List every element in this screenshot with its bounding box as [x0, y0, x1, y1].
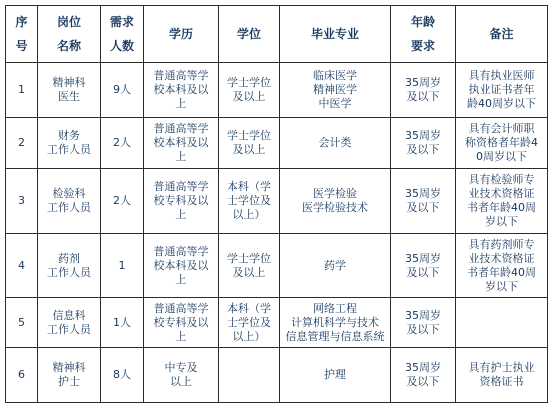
cell-position: 信息科 工作人员 [38, 298, 101, 348]
table-row: 3 检验科 工作人员 2人 普通高等学 校专科及以 上 本科（学 士学位及 以上… [6, 169, 548, 234]
cell-education: 普通高等学 校专科及以 上 [144, 298, 219, 348]
col-header-major: 毕业专业 [280, 6, 391, 63]
recruitment-table-container: 序 号 岗位 名称 需求 人数 学历 学位 毕业专业 年龄 要求 备注 1 精神… [0, 0, 552, 407]
cell-degree: 本科（学 士学位及 以上） [219, 298, 280, 348]
col-header-note: 备注 [456, 6, 548, 63]
cell-count: 9人 [101, 63, 144, 118]
table-row: 5 信息科 工作人员 1人 普通高等学 校专科及以 上 本科（学 士学位及 以上… [6, 298, 548, 348]
cell-age: 35周岁 及以下 [391, 234, 456, 298]
table-row: 2 财务 工作人员 2人 普通高等学 校本科及以 上 学士学位 及以上 会计类 … [6, 118, 548, 169]
cell-age: 35周岁 及以下 [391, 63, 456, 118]
cell-education: 中专及 以上 [144, 348, 219, 403]
col-header-count: 需求 人数 [101, 6, 144, 63]
cell-no: 2 [6, 118, 38, 169]
cell-major: 医学检验 医学检验技术 [280, 169, 391, 234]
cell-position: 精神科 医生 [38, 63, 101, 118]
cell-degree: 学士学位 及以上 [219, 63, 280, 118]
table-row: 1 精神科 医生 9人 普通高等学 校本科及以 上 学士学位 及以上 临床医学 … [6, 63, 548, 118]
cell-major: 临床医学 精神医学 中医学 [280, 63, 391, 118]
col-header-position: 岗位 名称 [38, 6, 101, 63]
table-row: 6 精神科 护士 8人 中专及 以上 护理 35周岁 及以下 具有护士执业 资格… [6, 348, 548, 403]
cell-position: 财务 工作人员 [38, 118, 101, 169]
cell-position: 检验科 工作人员 [38, 169, 101, 234]
header-row: 序 号 岗位 名称 需求 人数 学历 学位 毕业专业 年龄 要求 备注 [6, 6, 548, 63]
cell-education: 普通高等学 校专科及以 上 [144, 169, 219, 234]
cell-major: 护理 [280, 348, 391, 403]
cell-count: 2人 [101, 169, 144, 234]
cell-degree [219, 348, 280, 403]
cell-no: 6 [6, 348, 38, 403]
cell-age: 35周岁 及以下 [391, 169, 456, 234]
cell-no: 3 [6, 169, 38, 234]
cell-age: 35周岁 及以下 [391, 348, 456, 403]
cell-no: 5 [6, 298, 38, 348]
cell-major: 会计类 [280, 118, 391, 169]
col-header-no: 序 号 [6, 6, 38, 63]
cell-note: 具有药剂师专 业技术资格证 书者年龄40周 岁以下 [456, 234, 548, 298]
cell-no: 1 [6, 63, 38, 118]
cell-count: 1 [101, 234, 144, 298]
cell-note: 具有护士执业 资格证书 [456, 348, 548, 403]
cell-degree: 学士学位 及以上 [219, 118, 280, 169]
cell-position: 精神科 护士 [38, 348, 101, 403]
cell-position: 药剂 工作人员 [38, 234, 101, 298]
cell-no: 4 [6, 234, 38, 298]
cell-degree: 本科（学 士学位及 以上） [219, 169, 280, 234]
cell-count: 8人 [101, 348, 144, 403]
cell-note: 具有执业医师 执业证书者年 龄40周岁以下 [456, 63, 548, 118]
cell-major: 药学 [280, 234, 391, 298]
cell-major: 网络工程 计算机科学与技术 信息管理与信息系统 [280, 298, 391, 348]
col-header-education: 学历 [144, 6, 219, 63]
cell-note [456, 298, 548, 348]
cell-note: 具有会计师职 称资格者年龄4 0周岁以下 [456, 118, 548, 169]
cell-education: 普通高等学 校本科及以 上 [144, 118, 219, 169]
recruitment-table: 序 号 岗位 名称 需求 人数 学历 学位 毕业专业 年龄 要求 备注 1 精神… [5, 5, 548, 403]
cell-education: 普通高等学 校本科及以 上 [144, 234, 219, 298]
cell-note: 具有检验师专 业技术资格证 书者年龄40周 岁以下 [456, 169, 548, 234]
col-header-degree: 学位 [219, 6, 280, 63]
cell-count: 2人 [101, 118, 144, 169]
cell-age: 35周岁 及以下 [391, 298, 456, 348]
cell-degree: 学士学位 及以上 [219, 234, 280, 298]
table-row: 4 药剂 工作人员 1 普通高等学 校本科及以 上 学士学位 及以上 药学 35… [6, 234, 548, 298]
cell-education: 普通高等学 校本科及以 上 [144, 63, 219, 118]
col-header-age: 年龄 要求 [391, 6, 456, 63]
cell-count: 1人 [101, 298, 144, 348]
cell-age: 35周岁 及以下 [391, 118, 456, 169]
